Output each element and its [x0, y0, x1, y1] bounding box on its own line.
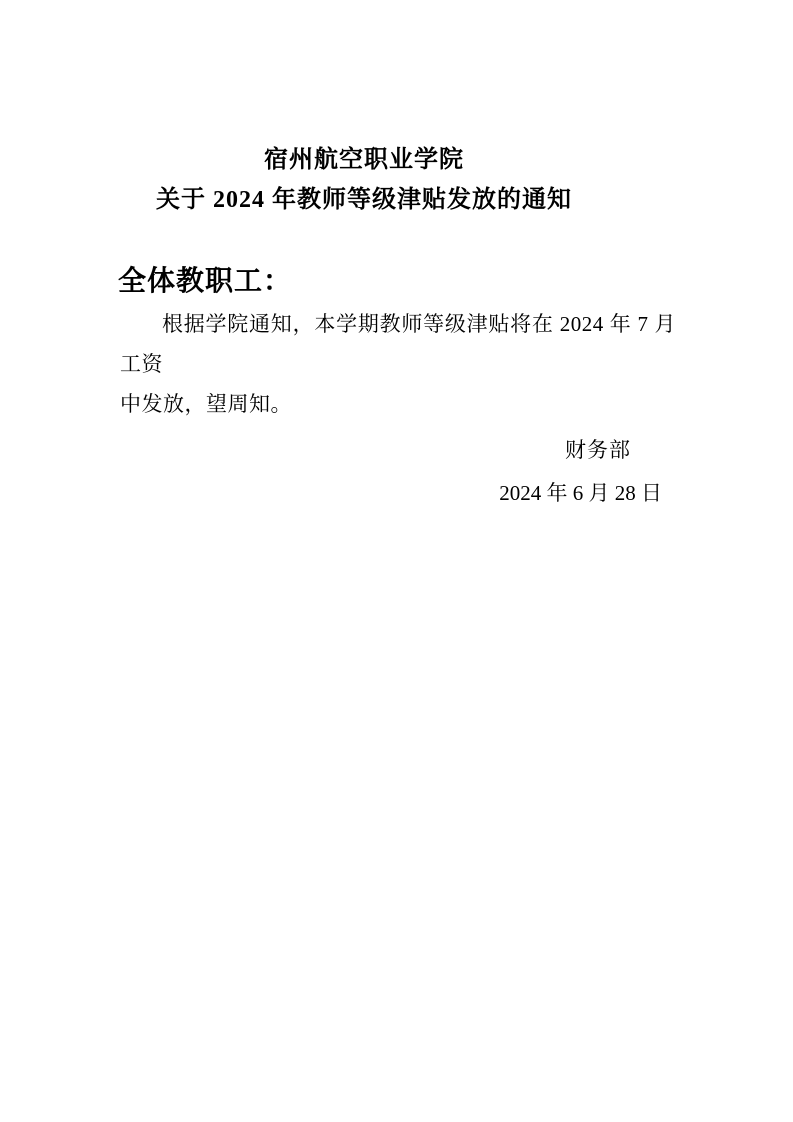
document-subtitle: 关于 2024 年教师等级津贴发放的通知: [0, 180, 728, 220]
body-paragraph: 根据学院通知，本学期教师等级津贴将在 2024 年 7 月工资 中发放，望周知。: [120, 304, 676, 424]
document-title-block: 宿州航空职业学院 关于 2024 年教师等级津贴发放的通知: [0, 140, 728, 220]
salutation: 全体教职工：: [118, 260, 292, 304]
document-page: 宿州航空职业学院 关于 2024 年教师等级津贴发放的通知 全体教职工： 根据学…: [0, 0, 793, 1122]
signature-date: 2024 年 6 月 28 日: [499, 473, 662, 513]
signature-department: 财务部: [565, 430, 631, 470]
body-line: 根据学院通知，本学期教师等级津贴将在 2024 年 7 月工资: [120, 304, 676, 384]
document-title: 宿州航空职业学院: [0, 140, 728, 180]
body-line: 中发放，望周知。: [120, 384, 676, 424]
